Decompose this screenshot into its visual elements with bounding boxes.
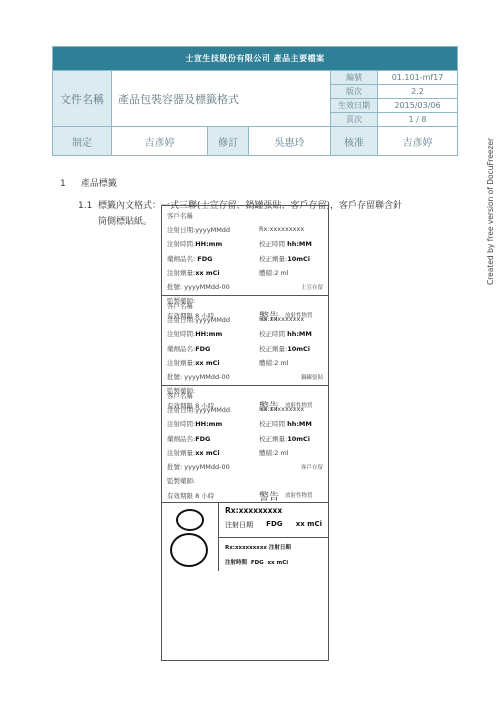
sticker-large-text: Rx:xxxxxxxxx 注射日期 FDG xx mCi <box>219 503 328 538</box>
section-title: 產品標籤 <box>81 179 117 189</box>
batch-number: 批號: yyyyMMdd-00 <box>167 282 230 291</box>
inj-time-label: 注射時間: <box>167 330 195 338</box>
doc-name: 產品包裝容器及標籤格式 <box>112 71 331 127</box>
made-by-label: 制定 <box>53 127 112 156</box>
inj-date: yyyyMMdd <box>195 226 230 234</box>
doc-name-label: 文件名稱 <box>53 71 112 127</box>
drug-name: FDG <box>197 255 212 263</box>
customer-name-label: 客戶名稱 <box>167 301 193 310</box>
inj-time-label: 注射時間: <box>167 240 195 248</box>
revised-by: 吳惠玲 <box>249 127 331 156</box>
cal-time-label: 校正時間 <box>259 420 287 428</box>
sticker-inj-date: 注射日期 <box>225 520 253 530</box>
cal-dose: 10mCi <box>287 435 310 443</box>
copy-type: 客戶存留 <box>230 463 323 471</box>
approved-by-label: 核准 <box>331 127 378 156</box>
copy-type: 士宣存留 <box>230 283 323 291</box>
dose-label: 注射劑量: <box>167 449 195 457</box>
volume: 體積:2 ml <box>259 358 323 367</box>
inj-date: yyyyMMdd <box>195 316 230 324</box>
drug-label: 藥劑品名: <box>167 435 195 443</box>
cal-dose: 10mCi <box>287 345 310 353</box>
cal-time: hh:MM <box>287 240 312 248</box>
revised-by-label: 修訂 <box>208 127 249 156</box>
customer-name-label: 客戶名稱 <box>167 211 193 220</box>
subsection-number: 1.1 <box>78 198 98 214</box>
sticker-dose: xx mCi <box>296 520 322 530</box>
version: 2.2 <box>378 85 458 99</box>
volume: 體積:2 ml <box>259 268 323 277</box>
dose: xx mCi <box>195 449 219 457</box>
doc-number-label: 編號 <box>331 71 378 85</box>
effective-date: 2015/03/06 <box>378 99 458 113</box>
rx-number: Rx:xxxxxxxxx <box>259 225 323 233</box>
inj-time: HH:mm <box>195 240 222 248</box>
small-circle-sticker: ··· <box>176 509 204 531</box>
company-title: 士宣生技股份有限公司 產品主要檔案 <box>53 47 458 71</box>
customer-name-label: 客戶名稱 <box>167 391 193 400</box>
drug-name: FDG <box>195 435 210 443</box>
sticker-circles: ··· ···· <box>162 503 219 571</box>
cal-time: hh:MM <box>287 330 312 338</box>
dose: xx mCi <box>195 269 219 277</box>
cal-dose-label: 校正劑量: <box>259 345 287 353</box>
cal-dose-label: 校正劑量: <box>259 435 287 443</box>
radioactive-text: 放射性物質 <box>285 491 313 499</box>
rx-number: Rx:xxxxxxxxx <box>259 405 323 413</box>
cal-time: hh:MM <box>287 420 312 428</box>
sticker-small-rx: Rx:xxxxxxxxx 注射日期 <box>225 543 322 551</box>
drug-label: 藥劑品名: <box>167 345 195 353</box>
inj-date-label: 注射日期: <box>167 406 195 414</box>
cal-time-label: 校正時間 <box>259 330 287 338</box>
inj-date: yyyyMMdd <box>195 406 230 414</box>
inj-time-label: 注射時間: <box>167 420 195 428</box>
page-label: 頁次 <box>331 113 378 127</box>
docufreezer-watermark: Created by free version of DocuFreezer <box>486 138 495 285</box>
label-copy-vessel: 客戶名稱 注射日期:yyyyMMdd Rx:xxxxxxxxx 注射時間:HH:… <box>162 296 328 386</box>
dose-label: 注射劑量: <box>167 269 195 277</box>
dose-label: 注射劑量: <box>167 359 195 367</box>
sticker-small-text: Rx:xxxxxxxxx 注射日期 注射時間 FDG xx mCi <box>219 538 328 571</box>
section-heading: 1 產品標籤 <box>60 176 117 189</box>
inj-date-label: 注射日期: <box>167 226 195 234</box>
effective-date-label: 生效日期 <box>331 99 378 113</box>
label-copy-shixuan: 客戶名稱 注射日期:yyyyMMdd Rx:xxxxxxxxx 注射時間:HH:… <box>162 206 328 296</box>
expiry: 有效期限 8 小時 <box>167 491 259 500</box>
cal-dose: 10mCi <box>287 255 310 263</box>
inj-time: HH:mm <box>195 330 222 338</box>
large-circle-sticker: ···· <box>170 533 208 567</box>
drug-label: 藥劑品名: <box>167 255 197 263</box>
label-copy-customer: 客戶名稱 注射日期:yyyyMMdd Rx:xxxxxxxxx 注射時間:HH:… <box>162 386 328 503</box>
page-number: 1 / 8 <box>378 113 458 127</box>
section-number: 1 <box>60 179 78 189</box>
approved-by: 吉彥婷 <box>378 127 458 156</box>
made-by: 吉彥婷 <box>112 127 208 156</box>
sticker-small-line: 注射時間 FDG xx mCi <box>225 558 322 566</box>
document-header-table: 士宣生技股份有限公司 產品主要檔案 文件名稱 產品包裝容器及標籤格式 編號 01… <box>52 46 458 156</box>
warning-text: 警告 <box>259 488 279 503</box>
inj-time: HH:mm <box>195 420 222 428</box>
doc-number: 01.101-mf17 <box>378 71 458 85</box>
sticker-rx: Rx:xxxxxxxxx <box>225 506 322 515</box>
volume: 體積:2 ml <box>259 448 323 457</box>
cal-dose-label: 校正劑量: <box>259 255 287 263</box>
batch-number: 批號: yyyyMMdd-00 <box>167 462 230 471</box>
cal-time-label: 校正時間 <box>259 240 287 248</box>
dose: xx mCi <box>195 359 219 367</box>
sticker-drug: FDG <box>266 520 282 530</box>
syringe-sticker: ··· ···· Rx:xxxxxxxxx 注射日期 FDG xx mCi Rx… <box>162 503 328 571</box>
inj-date-label: 注射日期: <box>167 316 195 324</box>
copy-type: 鍋罐張貼 <box>230 373 323 381</box>
rx-number: Rx:xxxxxxxxx <box>259 315 323 323</box>
version-label: 版次 <box>331 85 378 99</box>
batch-number: 批號: yyyyMMdd-00 <box>167 372 230 381</box>
label-sample-box: 客戶名稱 注射日期:yyyyMMdd Rx:xxxxxxxxx 注射時間:HH:… <box>161 205 329 661</box>
drug-name: FDG <box>195 345 210 353</box>
pharmacist-label: 監製藥師: <box>167 476 195 485</box>
